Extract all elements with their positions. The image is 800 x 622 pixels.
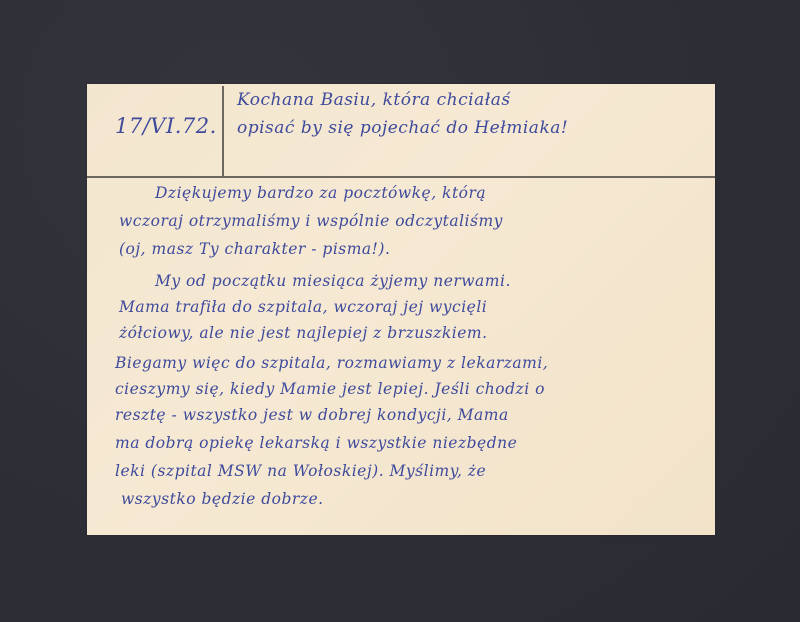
vertical-divider xyxy=(222,86,224,176)
body-line: Dziękujemy bardzo za pocztówkę, którą xyxy=(155,184,486,202)
body-line: żółciowy, ale nie jest najlepiej z brzus… xyxy=(119,324,488,342)
body-line: resztę - wszystko jest w dobrej kondycji… xyxy=(115,406,509,424)
header-line: Kochana Basiu, która chciałaś xyxy=(237,90,511,110)
body-line: (oj, masz Ty charakter - pisma!). xyxy=(119,240,390,258)
header-line: opisać by się pojechać do Hełmiaka! xyxy=(237,118,568,138)
horizontal-divider xyxy=(87,176,715,178)
body-line: ma dobrą opiekę lekarską i wszystkie nie… xyxy=(115,434,517,452)
body-line: Mama trafiła do szpitala, wczoraj jej wy… xyxy=(119,298,487,316)
body-line: My od początku miesiąca żyjemy nerwami. xyxy=(155,272,511,290)
body-line: cieszymy się, kiedy Mamie jest lepiej. J… xyxy=(115,380,545,398)
body-line: wczoraj otrzymaliśmy i wspólnie odczytal… xyxy=(119,212,503,230)
body-line: leki (szpital MSW na Wołoskiej). Myślimy… xyxy=(115,462,486,480)
postcard: 17/VI.72. Kochana Basiu, która chciałaś … xyxy=(87,84,715,535)
date-text: 17/VI.72. xyxy=(115,114,217,138)
body-line: wszystko będzie dobrze. xyxy=(121,490,324,508)
body-line: Biegamy więc do szpitala, rozmawiamy z l… xyxy=(115,354,548,372)
